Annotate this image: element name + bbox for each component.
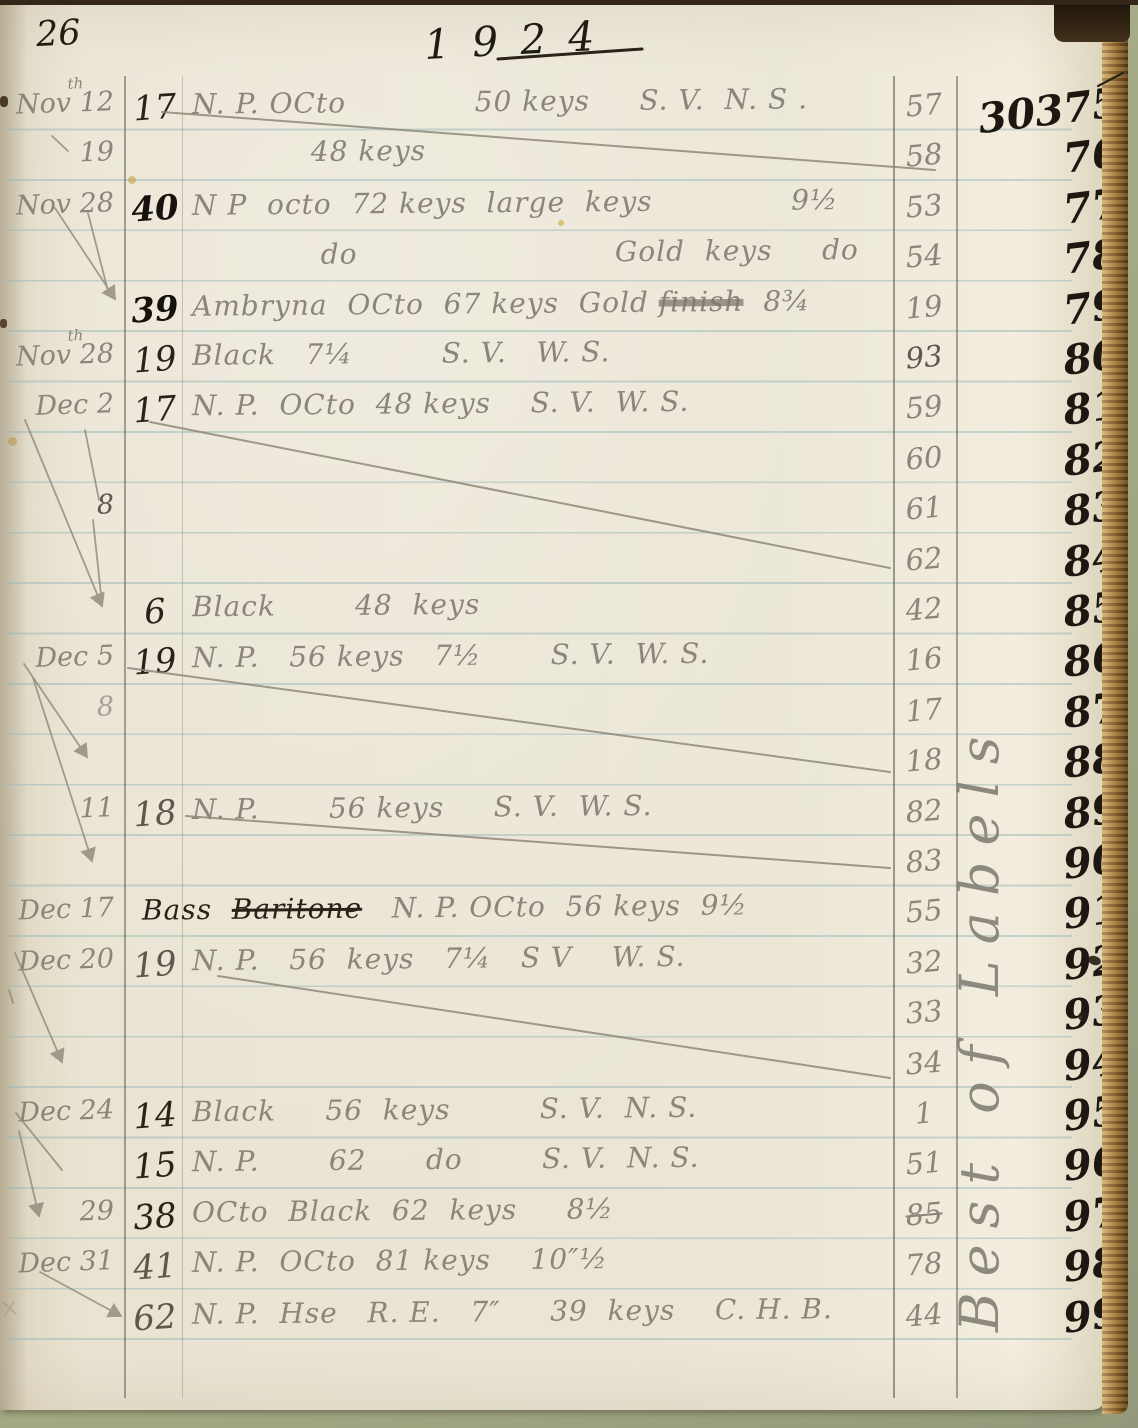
date-cell: 19 <box>7 137 114 172</box>
book-cover-corner <box>1054 0 1130 42</box>
date-cell: Nov 28th <box>7 338 114 373</box>
ledger-row: 6284 <box>0 536 1106 586</box>
date-cell: Dec 31 <box>7 1245 114 1280</box>
ledger-row: Dec 519N. P. 56 keys 7½ S. V. W. S.1686 <box>0 636 1106 686</box>
description-cell: do Gold keys do <box>192 233 859 272</box>
crossed-out-text: Baritone <box>232 892 363 926</box>
description-cell: N. P. 56 keys 7¼ S V W. S. <box>192 940 686 977</box>
page-edge-stack <box>1102 8 1128 1414</box>
ledger-row: 3494 <box>0 1040 1106 1090</box>
binding-hole <box>0 96 8 107</box>
quantity-cell: 17 <box>126 388 185 432</box>
scanned-ledger-photo: 26 1924 Nov 12th17N. P. OCto 50 keys S. … <box>0 0 1138 1428</box>
ledger-row: Dec 2019N. P. 56 keys 7¼ S V W. S.3292 <box>0 939 1106 989</box>
ledger-row: Dec 217N. P. OCto 48 keys S. V. W. S.598… <box>0 384 1106 434</box>
description-text: 48 keys <box>192 134 426 169</box>
description-text: Black 7¼ S. V. W. S. <box>192 335 611 372</box>
quantity-cell: 15 <box>126 1144 185 1188</box>
ledger-row: Nov 2840N P octo 72 keys large keys 9½53… <box>0 183 1106 233</box>
ledger-row: 81787 <box>0 687 1106 737</box>
date-cell: Dec 2 <box>7 389 114 424</box>
ledger-row: Nov 12th17N. P. OCto 50 keys S. V. N. S … <box>0 82 1106 132</box>
date-cell: Nov 28 <box>7 187 114 222</box>
crossed-out-text: finish <box>659 284 744 318</box>
description-cell: N. P. OCto 50 keys S. V. N. S . <box>192 82 808 120</box>
paper-stain <box>128 176 136 184</box>
description-cell: N. P. Hse R. E. 7″ 39 keys C. H. B. <box>192 1292 833 1331</box>
ledger-row: 6082 <box>0 435 1106 485</box>
quantity-cell: 17 <box>126 86 185 130</box>
ledger-row: 6Black 48 keys4285 <box>0 586 1106 636</box>
ledger-row: Dec 17Bass Baritone N. P. OCto 56 keys 9… <box>0 888 1106 938</box>
date-cell: Nov 12th <box>7 86 114 121</box>
description-text: do Gold keys do <box>192 233 859 272</box>
description-text: N. P. 56 keys S. V. W. S. <box>192 789 653 826</box>
quantity-cell: 19 <box>126 640 185 684</box>
description-cell: Bass Baritone N. P. OCto 56 keys 9½ <box>142 889 748 927</box>
vertical-margin-note: Best of Labels <box>948 272 1011 1332</box>
description-text: Bass <box>142 893 232 927</box>
photo-top-edge <box>0 0 1138 5</box>
description-cell: Ambryna OCto 67 keys Gold finish 8¾ <box>192 284 811 322</box>
description-text: 8¾ <box>743 284 810 318</box>
date-cell: 29 <box>7 1195 114 1230</box>
date-cell: 8 <box>7 489 114 524</box>
ledger-row: Dec 3141N. P. OCto 81 keys 10″½7898 <box>0 1241 1106 1291</box>
description-cell: Black 7¼ S. V. W. S. <box>192 335 611 372</box>
quantity-cell: 38 <box>126 1195 185 1239</box>
description-text: N. P. 56 keys 7¼ S V W. S. <box>192 940 686 977</box>
quantity-cell: 41 <box>126 1245 185 1289</box>
description-text: OCto Black 62 keys 8½ <box>192 1192 614 1229</box>
description-text: N P octo 72 keys large keys 9½ <box>192 183 838 222</box>
description-text: Black 48 keys <box>192 588 481 624</box>
description-text: N. P. OCto 50 keys S. V. N. S . <box>192 82 808 120</box>
description-cell: N. P. 56 keys S. V. W. S. <box>192 789 653 826</box>
quantity-cell: 6 <box>126 590 185 634</box>
ledger-row: 1118N. P. 56 keys S. V. W. S.8289 <box>0 788 1106 838</box>
description-cell: N. P. 56 keys 7½ S. V. W. S. <box>192 637 710 675</box>
ledger-row: 62N. P. Hse R. E. 7″ 39 keys C. H. B.449… <box>0 1292 1106 1342</box>
page-number: 26 <box>35 13 82 55</box>
ledger-row: 2938OCto Black 62 keys 8½8597 <box>0 1191 1106 1241</box>
description-cell: N. P. OCto 48 keys S. V. W. S. <box>192 385 690 422</box>
description-text: N. P. 56 keys 7½ S. V. W. S. <box>192 637 710 675</box>
paper-stain <box>8 437 17 446</box>
quantity-cell: 40 <box>126 187 185 231</box>
ledger-row: 8390 <box>0 838 1106 888</box>
ledger-row: 86183 <box>0 485 1106 535</box>
quantity-cell: 19 <box>126 943 185 987</box>
description-cell: Black 56 keys S. V. N. S. <box>192 1091 698 1128</box>
ink-blot <box>1078 1012 1088 1021</box>
description-cell: N. P. 62 do S. V. N. S. <box>192 1141 700 1178</box>
quantity-cell: 18 <box>126 792 185 836</box>
date-superscript: th <box>67 326 83 345</box>
description-text: Ambryna OCto 67 keys Gold <box>192 285 659 322</box>
ledger-row: 3393 <box>0 989 1106 1039</box>
description-text: N. P. OCto 56 keys 9½ <box>362 889 748 925</box>
description-text: Black 56 keys S. V. N. S. <box>192 1091 698 1128</box>
date-superscript: th <box>67 74 83 93</box>
description-text: N. P. Hse R. E. 7″ 39 keys C. H. B. <box>192 1292 833 1331</box>
date-cell: Dec 17 <box>7 893 114 928</box>
ledger-row: 15N. P. 62 do S. V. N. S.5196 <box>0 1140 1106 1190</box>
ledger-paper: 26 1924 Nov 12th17N. P. OCto 50 keys S. … <box>0 4 1106 1410</box>
description-text: N. P. 62 do S. V. N. S. <box>192 1141 700 1178</box>
quantity-cell: 39 <box>126 288 185 332</box>
date-cell: 11 <box>7 792 114 827</box>
ledger-row: Nov 28th19Black 7¼ S. V. W. S.9380 <box>0 334 1106 384</box>
quantity-cell: 62 <box>126 1296 185 1340</box>
ledger-row: 1888 <box>0 737 1106 787</box>
description-cell: 48 keys <box>192 134 426 169</box>
paper-stain <box>558 220 564 226</box>
date-cell: Dec 5 <box>7 641 114 676</box>
ledger-row: 19 48 keys5876 <box>0 132 1106 182</box>
description-text: N. P. OCto 48 keys S. V. W. S. <box>192 385 690 422</box>
date-cell: 8 <box>7 691 114 726</box>
description-cell: N P octo 72 keys large keys 9½ <box>192 183 838 222</box>
year-heading: 1924 <box>423 11 618 69</box>
binding-hole <box>0 319 7 328</box>
description-cell: Black 48 keys <box>192 588 481 624</box>
ledger-row: 39Ambryna OCto 67 keys Gold finish 8¾197… <box>0 284 1106 334</box>
description-cell: N. P. OCto 81 keys 10″½ <box>192 1242 608 1279</box>
description-text: N. P. OCto 81 keys 10″½ <box>192 1242 608 1279</box>
description-cell: OCto Black 62 keys 8½ <box>192 1192 614 1229</box>
date-cell: Dec 20 <box>7 943 114 978</box>
ledger-row: Dec 2414Black 56 keys S. V. N. S.195 <box>0 1090 1106 1140</box>
ledger-row: do Gold keys do5478 <box>0 233 1106 283</box>
quantity-cell: 19 <box>126 338 185 382</box>
quantity-cell: 14 <box>126 1094 185 1138</box>
date-cell: Dec 24 <box>7 1094 114 1129</box>
